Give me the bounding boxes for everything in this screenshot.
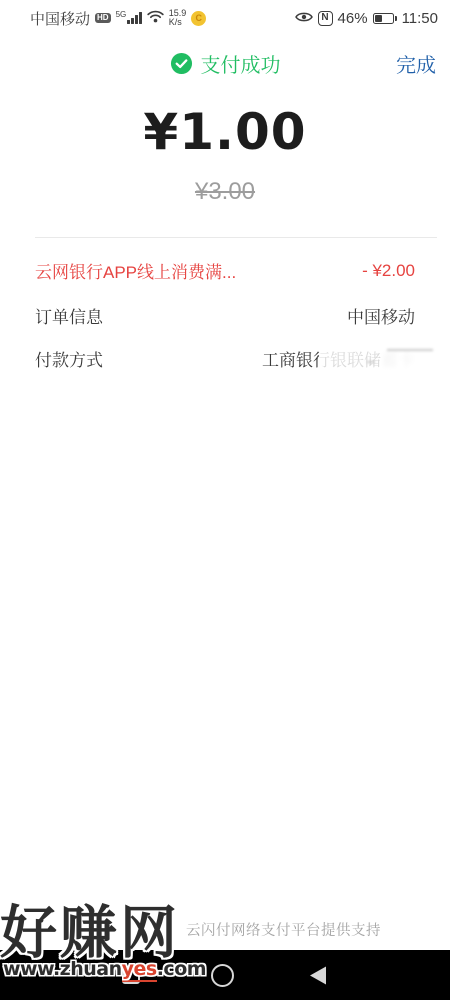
clock-label: 11:50: [402, 10, 438, 27]
result-header: 支付成功 完成: [0, 46, 450, 80]
discount-row: 云网银行APP线上消费满... - ¥2.00: [35, 258, 415, 283]
discount-label: 云网银行APP线上消费满...: [35, 258, 236, 283]
done-button[interactable]: 完成: [396, 46, 436, 80]
order-info-value: 中国移动: [347, 303, 415, 328]
battery-percent-label: 46%: [338, 10, 368, 27]
wifi-icon: [147, 10, 164, 27]
payment-method-label: 付款方式: [35, 346, 103, 371]
provider-footer-text: 云闪付网络支付平台提供支持: [186, 919, 381, 940]
original-amount: ¥3.00: [0, 178, 450, 206]
paid-amount: ¥1.00: [0, 103, 450, 161]
battery-icon: [373, 13, 397, 24]
order-info-row: 订单信息 中国移动: [35, 303, 415, 328]
payment-status-title: 支付成功: [201, 49, 281, 78]
signal-icon: 5G: [116, 12, 142, 24]
carrier-label: 中国移动: [30, 8, 90, 29]
payment-method-value: 工商银行银联储 蓄卡: [262, 346, 415, 371]
recents-button[interactable]: [122, 966, 140, 984]
hd-icon: HD: [95, 13, 111, 23]
divider: [35, 237, 437, 238]
yellow-app-badge-icon: C: [191, 11, 206, 26]
android-nav-bar: [0, 950, 450, 1000]
eye-comfort-icon: [295, 10, 313, 27]
home-button[interactable]: [211, 964, 234, 987]
discount-value: - ¥2.00: [362, 261, 415, 281]
payment-method-bank: 工商银行银联储: [262, 346, 381, 371]
order-info-label: 订单信息: [35, 303, 103, 328]
payment-method-redacted: 蓄卡: [381, 346, 415, 371]
payment-method-row: 付款方式 工商银行银联储 蓄卡: [35, 346, 415, 371]
network-speed: 15.9 K/s: [169, 9, 187, 27]
network-type-label: 5G: [116, 10, 127, 19]
nfc-icon: N: [318, 11, 333, 26]
back-button[interactable]: [308, 965, 328, 986]
status-bar: 中国移动 HD 5G 15.9 K/s C N 46%: [0, 0, 450, 36]
success-check-icon: [170, 52, 193, 75]
